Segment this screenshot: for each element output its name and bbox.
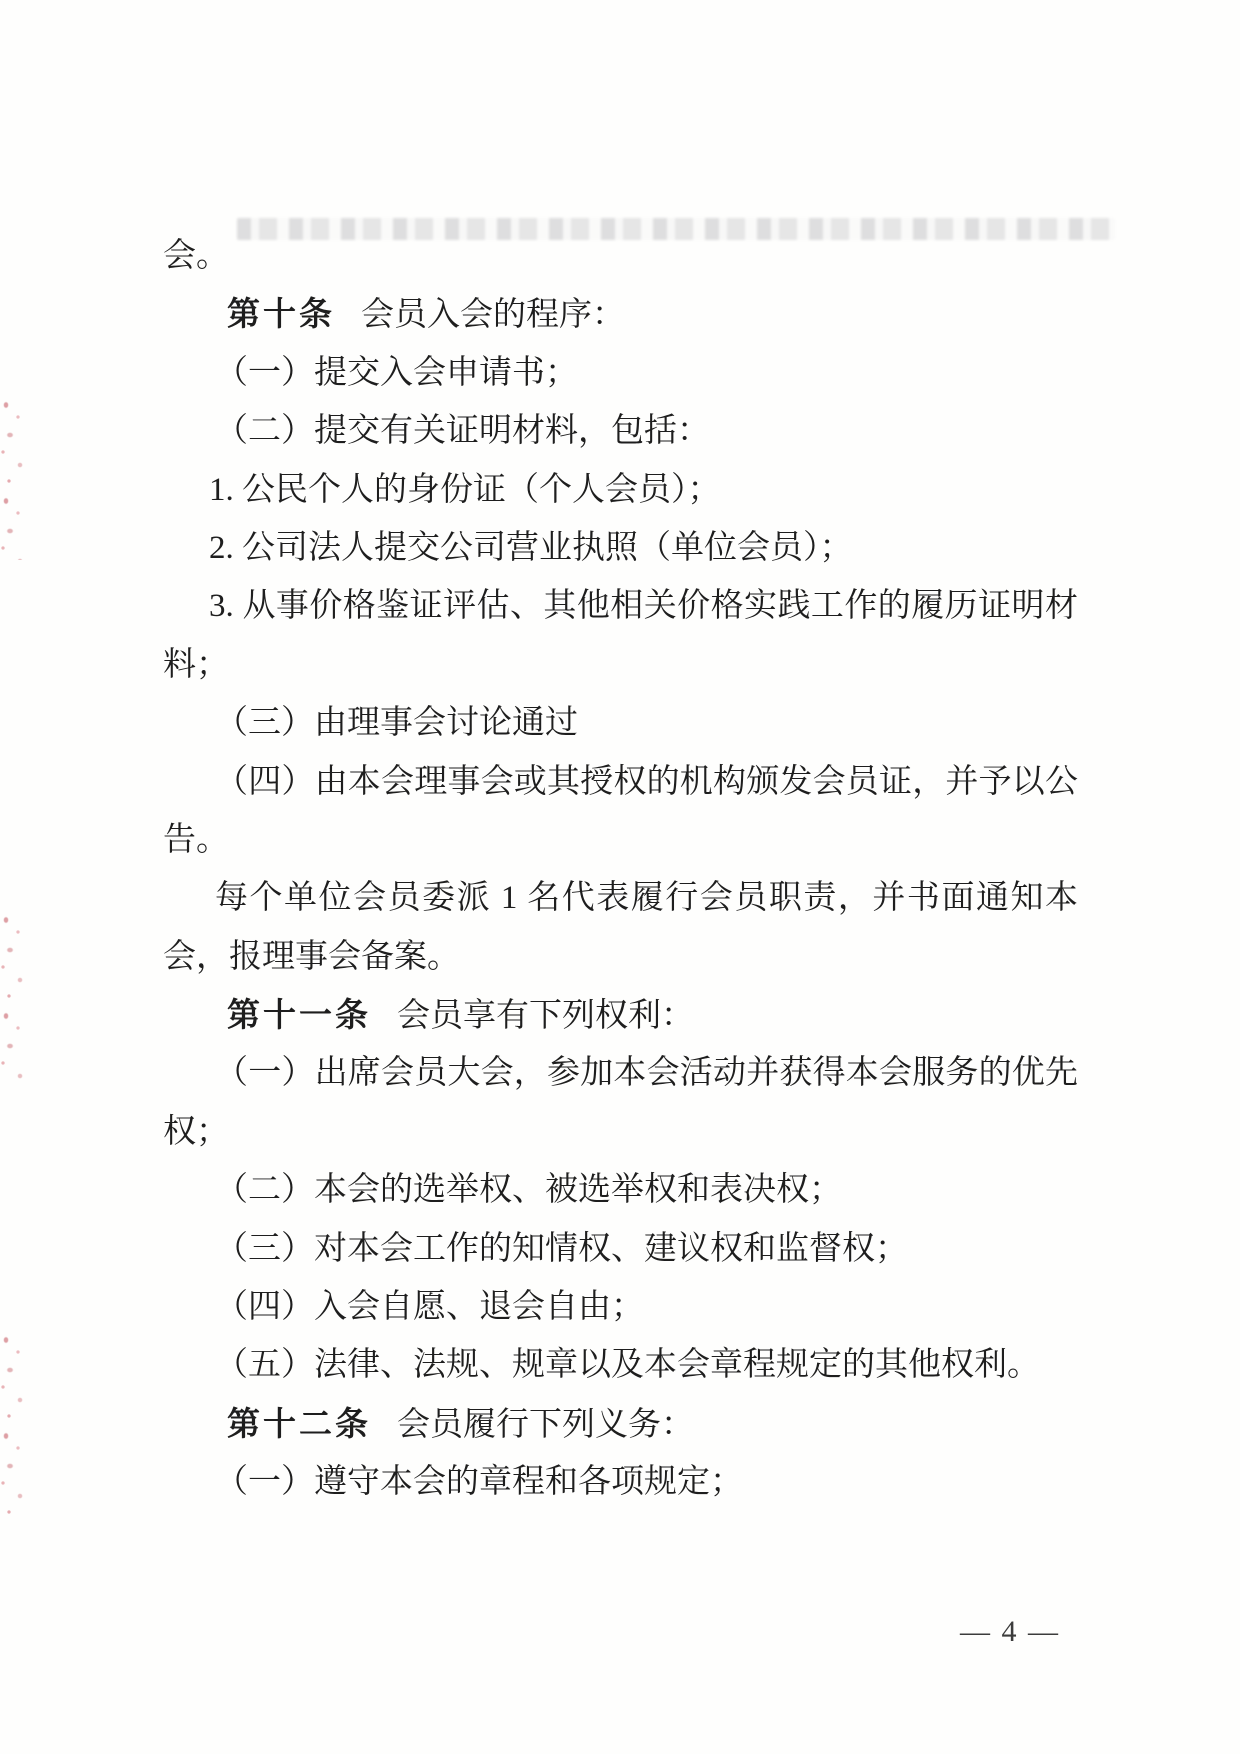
art10-item-1-text: （一）提交入会申请书； (215, 355, 578, 391)
red-stamp-artifact-1 (0, 395, 28, 560)
art11-item-1-text: （一）出席会员大会，参加本会活动并获得本会服务的优先 (215, 1055, 1078, 1091)
art11-item-5-text: （五）法律、法规、规章以及本会章程规定的其他权利。 (215, 1347, 1040, 1383)
scanned-document-page: 会。第十条会员入会的程序：（一）提交入会申请书；（二）提交有关证明材料，包括：1… (0, 0, 1240, 1754)
art10-sub-3-text: 3. 从事价格鉴证评估、其他相关价格实践工作的履历证明材 (209, 588, 1078, 624)
art11-item-1-cont-text: 权； (163, 1114, 229, 1150)
art11-item-3: （三）对本会工作的知情权、建议权和监督权； (163, 1220, 1078, 1278)
red-stamp-artifact-2 (0, 910, 28, 1085)
article-10-heading: 第十条会员入会的程序： (163, 285, 1078, 343)
article-12-heading-number: 第十二条 (227, 1405, 371, 1442)
article-11-heading-number: 第十一条 (227, 996, 371, 1033)
art10-item-4-text: （四）由本会理事会或其授权的机构颁发会员证，并予以公 (215, 764, 1078, 800)
art11-item-2-text: （二）本会的选举权、被选举权和表决权； (215, 1172, 842, 1208)
article-10-heading-number: 第十条 (227, 295, 335, 332)
art10-sub-3-cont-text: 料； (163, 647, 229, 683)
art11-item-5: （五）法律、法规、规章以及本会章程规定的其他权利。 (163, 1336, 1078, 1394)
art10-sub-3: 3. 从事价格鉴证评估、其他相关价格实践工作的履历证明材 (163, 577, 1078, 635)
article-10-heading-text: 会员入会的程序： (361, 297, 625, 333)
para-continuation-hui-text: 会。 (163, 238, 229, 274)
art11-item-2: （二）本会的选举权、被选举权和表决权； (163, 1161, 1078, 1219)
art12-item-1: （一）遵守本会的章程和各项规定； (163, 1453, 1078, 1511)
art11-item-4: （四）入会自愿、退会自由； (163, 1278, 1078, 1336)
art10-delegate-para-cont: 会，报理事会备案。 (163, 928, 1078, 986)
article-12-heading-text: 会员履行下列义务： (397, 1407, 694, 1443)
art12-item-1-text: （一）遵守本会的章程和各项规定； (215, 1464, 743, 1500)
article-11-heading-text: 会员享有下列权利： (397, 998, 694, 1034)
art11-item-1: （一）出席会员大会，参加本会活动并获得本会服务的优先 (163, 1044, 1078, 1102)
art10-item-3: （三）由理事会讨论通过 (163, 694, 1078, 752)
red-stamp-artifact-3 (0, 1330, 28, 1515)
art10-sub-1: 1. 公民个人的身份证（个人会员）； (163, 461, 1078, 519)
art10-item-2: （二）提交有关证明材料，包括： (163, 402, 1078, 460)
page-number: — 4 — (960, 1615, 1060, 1649)
para-continuation-hui: 会。 (163, 227, 1078, 285)
art11-item-1-cont: 权； (163, 1103, 1078, 1161)
art10-item-2-text: （二）提交有关证明材料，包括： (215, 413, 710, 449)
art10-sub-3-cont: 料； (163, 636, 1078, 694)
art10-delegate-para: 每个单位会员委派 1 名代表履行会员职责，并书面通知本 (163, 869, 1078, 927)
art10-delegate-para-text: 每个单位会员委派 1 名代表履行会员职责，并书面通知本 (215, 880, 1078, 916)
art11-item-3-text: （三）对本会工作的知情权、建议权和监督权； (215, 1231, 908, 1267)
art10-item-4-cont-text: 告。 (163, 822, 229, 858)
art10-item-4-cont: 告。 (163, 811, 1078, 869)
art10-sub-2-text: 2. 公司法人提交公司营业执照（单位会员）； (209, 530, 853, 566)
art10-sub-1-text: 1. 公民个人的身份证（个人会员）； (209, 472, 721, 508)
art10-delegate-para-cont-text: 会，报理事会备案。 (163, 939, 460, 975)
art10-sub-2: 2. 公司法人提交公司营业执照（单位会员）； (163, 519, 1078, 577)
art11-item-4-text: （四）入会自愿、退会自由； (215, 1289, 644, 1325)
art10-item-3-text: （三）由理事会讨论通过 (215, 705, 578, 741)
art10-item-4: （四）由本会理事会或其授权的机构颁发会员证，并予以公 (163, 753, 1078, 811)
document-body: 会。第十条会员入会的程序：（一）提交入会申请书；（二）提交有关证明材料，包括：1… (163, 227, 1078, 1512)
article-12-heading: 第十二条会员履行下列义务： (163, 1395, 1078, 1453)
article-11-heading: 第十一条会员享有下列权利： (163, 986, 1078, 1044)
art10-item-1: （一）提交入会申请书； (163, 344, 1078, 402)
